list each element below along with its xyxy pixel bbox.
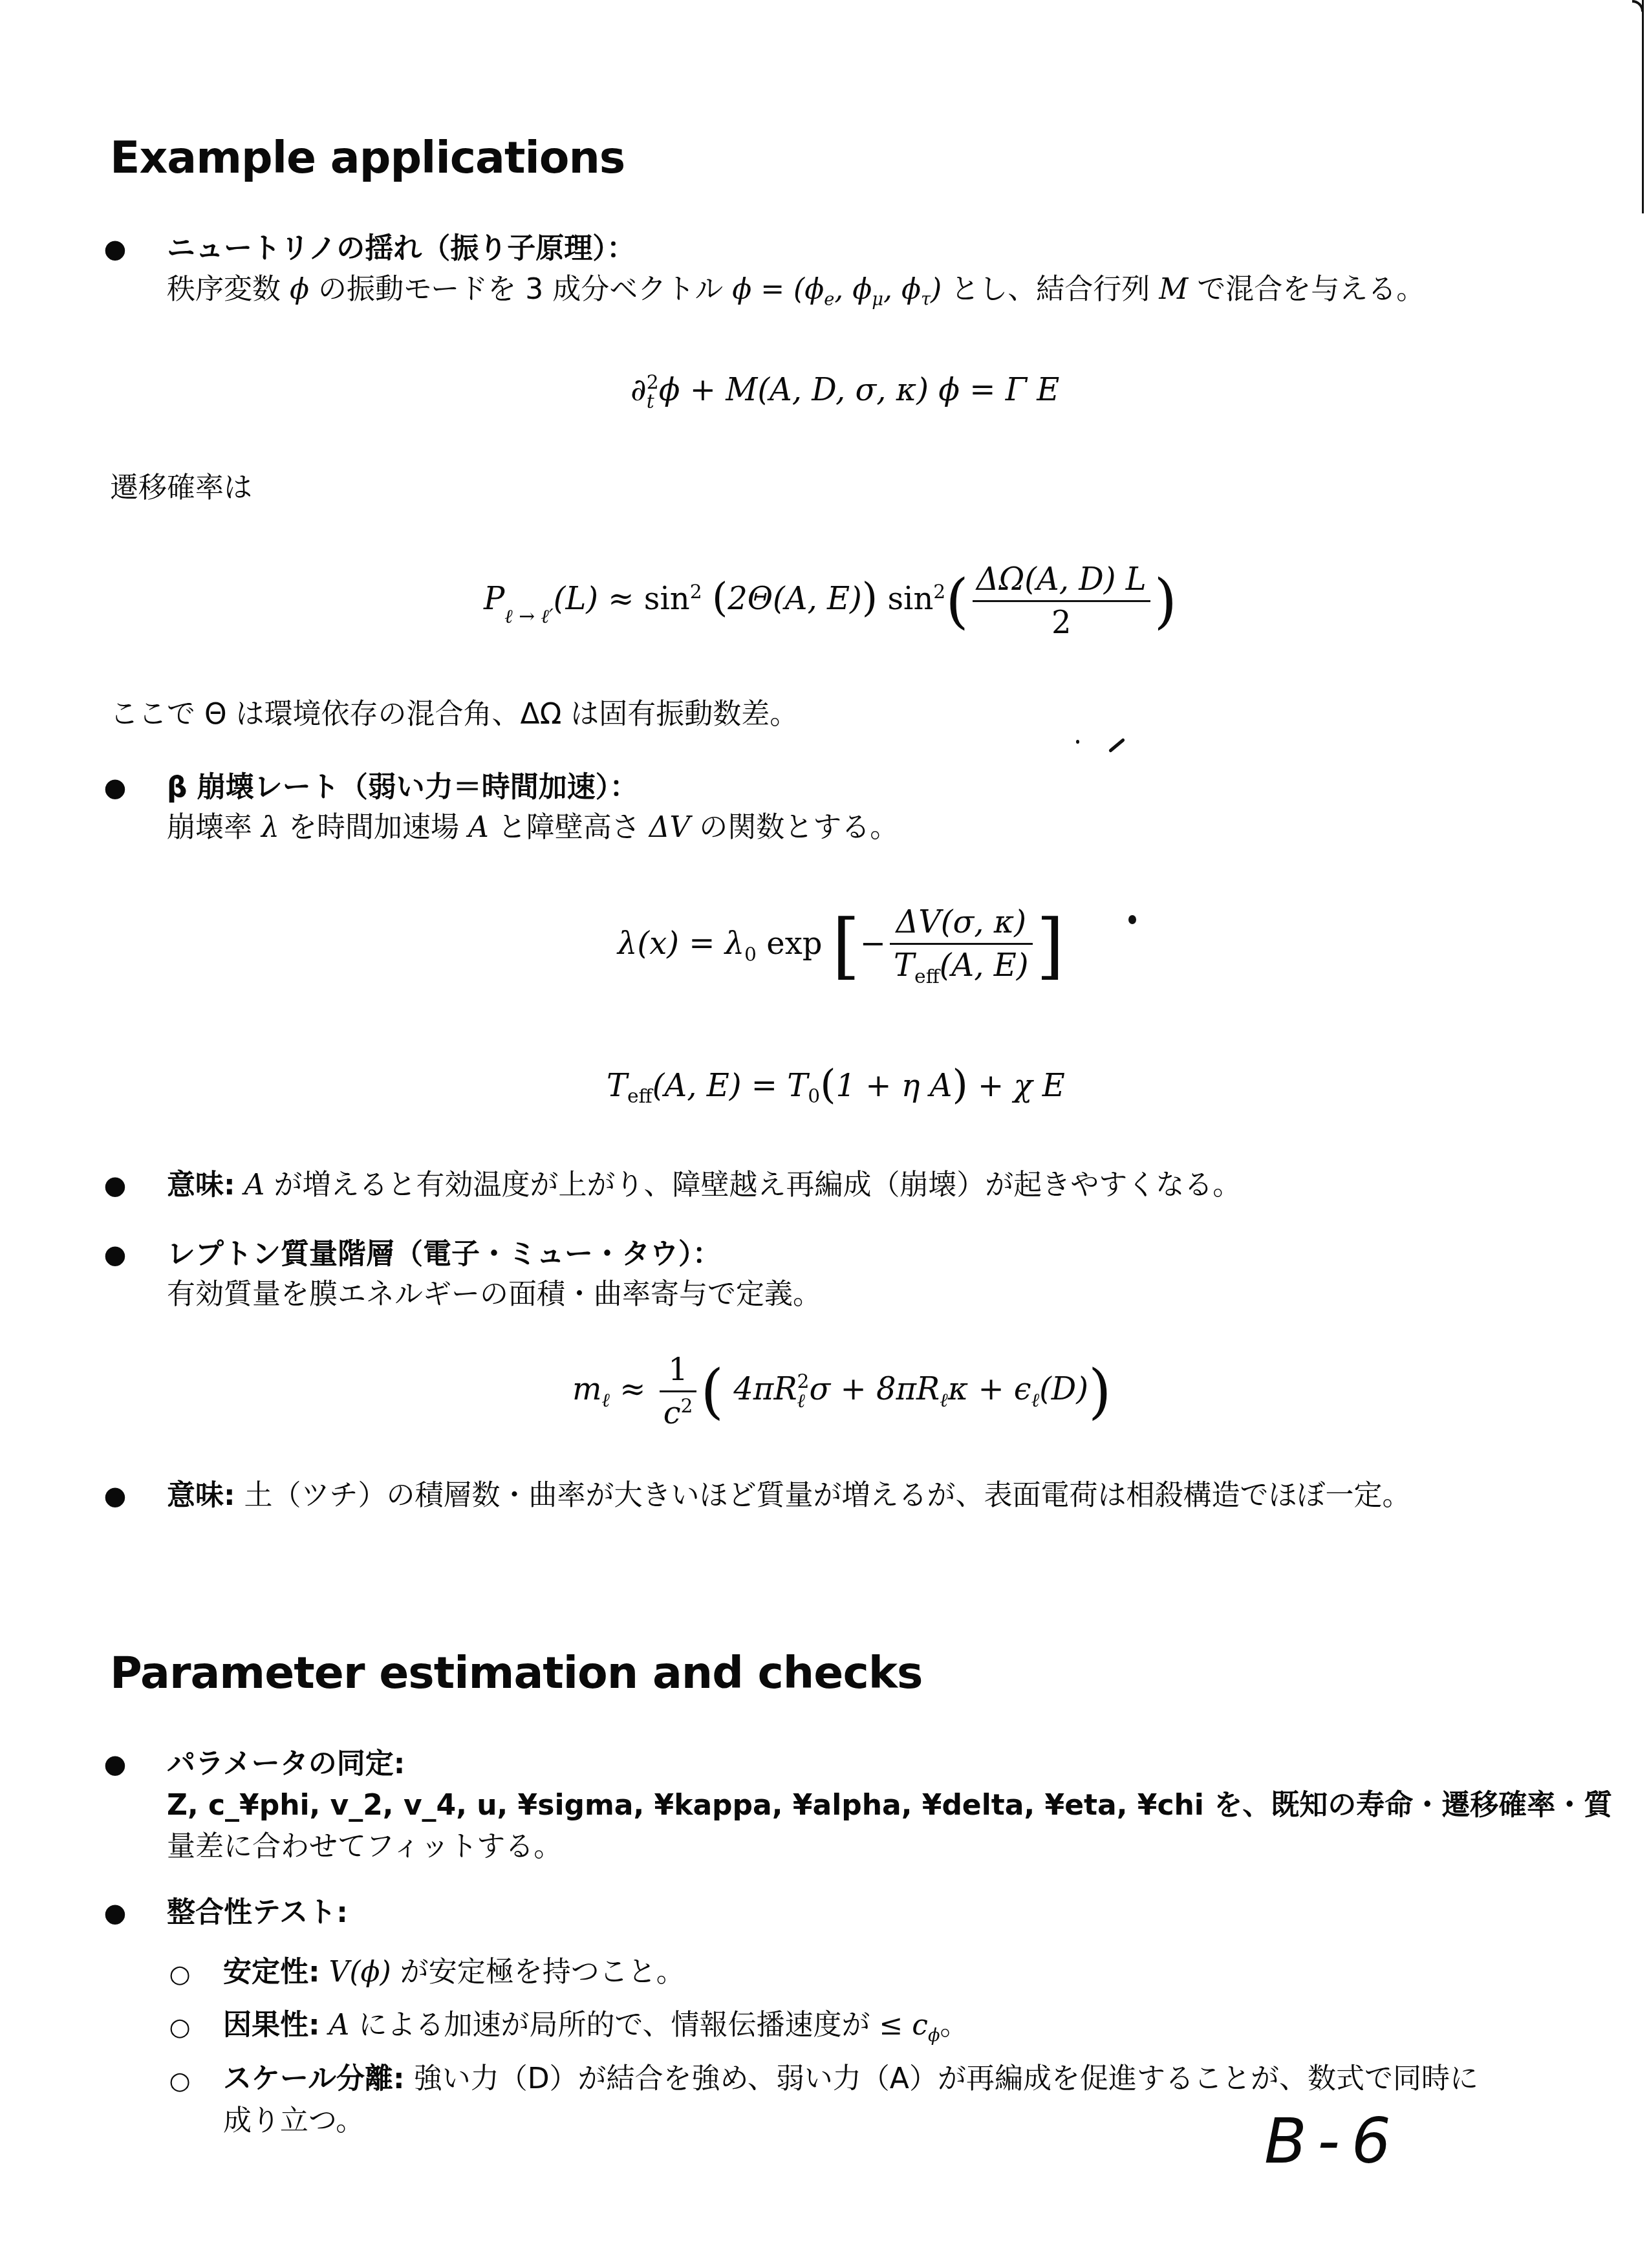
causality-check: 因果性: A による加速が局所的で、情報伝播速度が ≤ cϕ。: [223, 2006, 969, 2055]
sub-bullet-icon: ○: [167, 1960, 193, 1988]
sub-bullet-icon: ○: [167, 2013, 193, 2041]
equation-decay-rate: λ(x) = λ0 exp [−ΔV(σ, κ)Teff(A, E)]: [618, 904, 1064, 988]
lepton-body: 有効質量を膜エネルギーの面積・曲率寄与で定義。: [167, 1275, 821, 1314]
param-identification-line2: 量差に合わせてフィットする。: [167, 1828, 562, 1866]
meaning-lepton: 意味: 土（ツチ）の積層数・曲率が大きいほど質量が増えるが、表面電荷は相殺構造で…: [167, 1476, 1411, 1515]
equation-oscillation: ∂2tϕ + M(A, D, σ, κ) ϕ = Γ E: [630, 372, 1059, 411]
consistency-title: 整合性テスト:: [167, 1894, 348, 1932]
meaning-decay: 意味: A が増えると有効温度が上がり、障壁越え再編成（崩壊）が起きやすくなる。: [167, 1166, 1241, 1205]
param-identification-line1: Z, c_¥phi, v_2, v_4, u, ¥sigma, ¥kappa, …: [167, 1786, 1612, 1825]
heading-parameter-estimation: Parameter estimation and checks: [110, 1648, 922, 1699]
mixing-angle-note: ここで Θ は環境依存の混合角、ΔΩ は固有振動数差。: [110, 695, 798, 734]
stability-check: 安定性: V(ϕ) が安定極を持つこと。: [223, 1953, 685, 1992]
scale-separation-check-cont: 成り立つ。: [223, 2102, 364, 2141]
scan-speck: [1128, 915, 1136, 924]
neutrino-body: 秩序変数 ϕ の振動モードを 3 成分ベクトル ϕ = (ϕe, ϕμ, ϕτ)…: [167, 270, 1425, 319]
handwritten-page-number: B-6: [1264, 2105, 1403, 2177]
param-identification-title: パラメータの同定:: [167, 1745, 405, 1784]
bullet-icon: ●: [102, 1171, 128, 1200]
equation-effective-temperature: Teff(A, E) = T0(1 + η A) + χ E: [607, 1061, 1065, 1108]
bullet-icon: ●: [102, 1240, 128, 1269]
scan-speck: [1076, 740, 1079, 744]
bullet-icon: ●: [102, 1749, 128, 1779]
bullet-icon: ●: [102, 1481, 128, 1511]
scan-speck: [1108, 738, 1125, 753]
heading-example-applications: Example applications: [110, 133, 625, 184]
bullet-icon: ●: [102, 234, 128, 264]
sub-bullet-icon: ○: [167, 2066, 193, 2095]
equation-lepton-mass: mℓ ≈ 1c2( 4πR2ℓσ + 8πRℓκ + ϵℓ(D)): [572, 1352, 1112, 1431]
neutrino-title: ニュートリノの揺れ（振り子原理）：: [167, 230, 635, 268]
beta-decay-title: β 崩壊レート（弱い力＝時間加速）：: [167, 768, 638, 807]
lepton-title: レプトン質量階層（電子・ミュー・タウ）：: [167, 1235, 721, 1274]
scan-edge-line: [1642, 0, 1644, 213]
scanned-document-page: Example applications ● ニュートリノの揺れ（振り子原理）：…: [0, 0, 1649, 2268]
transition-label: 遷移確率は: [110, 469, 252, 508]
beta-decay-body: 崩壊率 λ を時間加速場 A と障壁高さ ΔV の関数とする。: [167, 808, 898, 847]
bullet-icon: ●: [102, 773, 128, 803]
bullet-icon: ●: [102, 1898, 128, 1928]
scale-separation-check: スケール分離: 強い力（D）が結合を強め、弱い力（A）が再編成を促進することが、…: [223, 2060, 1478, 2099]
equation-transition-probability: Pℓ → ℓ′(L) ≈ sin2 (2Θ(A, E)) sin2(ΔΩ(A, …: [484, 561, 1177, 641]
